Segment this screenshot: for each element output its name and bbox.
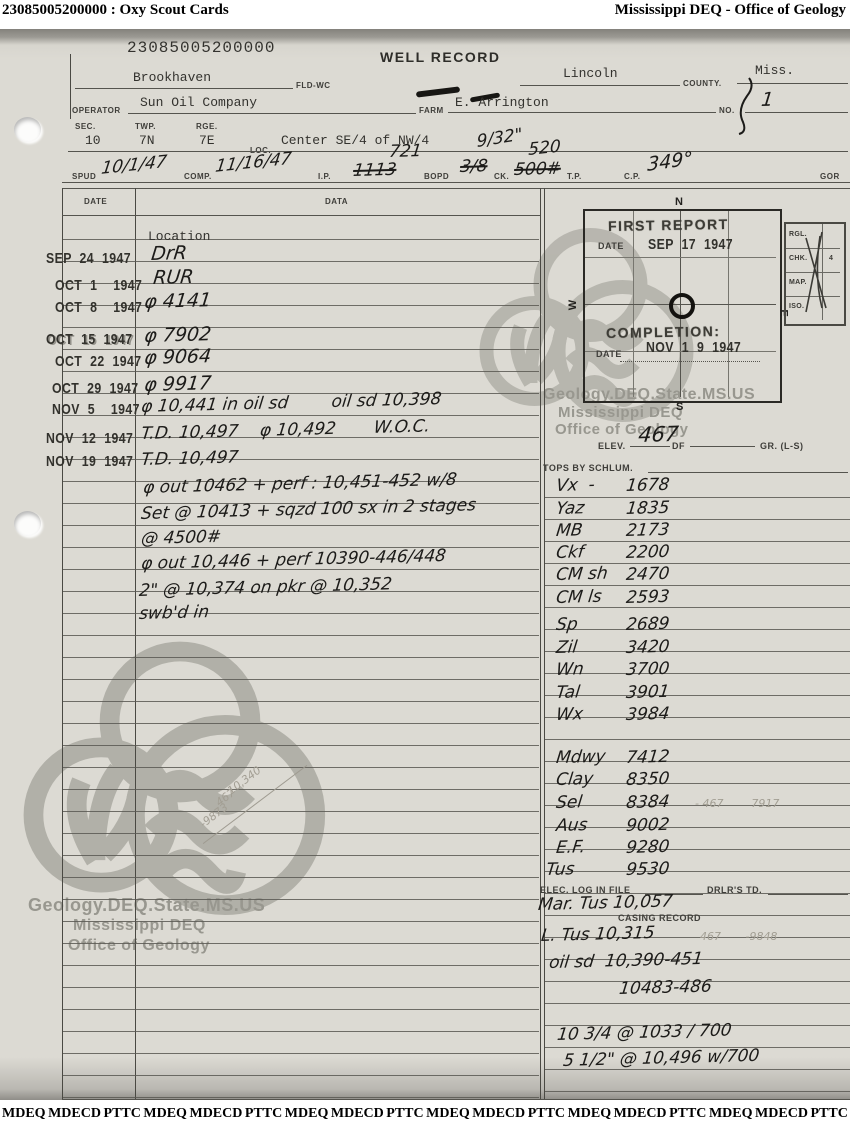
- oil-sand-entry-2: 10483-486: [618, 977, 713, 999]
- footer-token: PTTC: [669, 1106, 706, 1122]
- top-name: Sel: [555, 792, 583, 813]
- footer-token: MDEQ: [568, 1106, 612, 1122]
- footer-token: PTTC: [528, 1106, 565, 1122]
- log-date-stamp: NOV 19 1947: [46, 453, 133, 470]
- county-label: COUNTY.: [683, 79, 722, 88]
- loc-underline: [68, 151, 848, 152]
- top-name: Yaz: [555, 498, 585, 519]
- spud-row-underline-1: [62, 182, 850, 183]
- operator-underline: [128, 113, 416, 114]
- footer-token: PTTC: [810, 1106, 847, 1122]
- well-no-flourish: [733, 74, 755, 136]
- drlrs-td-label: DRLR'S TD.: [707, 885, 762, 895]
- field-underline: [75, 88, 293, 89]
- top-depth: 1678: [625, 475, 671, 496]
- farm-underline: [448, 112, 716, 113]
- log-header-underline: [62, 215, 540, 216]
- compass-west: W: [567, 300, 579, 310]
- hole-punch-top: [14, 117, 41, 142]
- log-entry: RUR: [152, 266, 195, 289]
- choke-value-struck: 500#: [513, 159, 562, 180]
- top-depth: 1835: [625, 498, 671, 519]
- watermark-deq-upper: Mississippi DEQ: [558, 404, 683, 421]
- log-entry: swb'd in: [138, 602, 210, 624]
- twp-value: 7N: [139, 133, 155, 148]
- top-depth: 3901: [625, 682, 671, 703]
- first-report-stamp: FIRST REPORT: [608, 216, 729, 234]
- gor-label: GOR: [820, 172, 840, 181]
- well-id: 23085005200000: [127, 39, 275, 57]
- ruled-lines-main: [63, 218, 539, 1098]
- top-name: Vx -: [555, 475, 596, 496]
- footer-token: MDECD: [614, 1106, 667, 1122]
- tp-label: T.P.: [567, 172, 582, 181]
- top-depth: 3420: [625, 637, 671, 658]
- log-entry: @ 4500#: [140, 527, 222, 549]
- log-date-stamp: OCT 15 1947: [46, 331, 133, 348]
- rge-value: 7E: [199, 133, 215, 148]
- footer-token: MDEQ: [285, 1106, 329, 1122]
- field-label: FLD-WC: [296, 81, 331, 90]
- spud-row-underline-2: [62, 188, 850, 189]
- footer-token: MDECD: [189, 1106, 242, 1122]
- ip-value-struck: 1113: [352, 160, 398, 181]
- footer-token: MDECD: [755, 1106, 808, 1122]
- well-location-marker: [669, 293, 695, 319]
- log-data-header: DATA: [325, 197, 348, 206]
- elev-gr-underline: [690, 446, 755, 447]
- sec-label: SEC.: [75, 122, 96, 131]
- footer-token: PTTC: [104, 1106, 141, 1122]
- oil-sand-entry: oil sd 10,390-451: [548, 949, 704, 973]
- rge-label: RGE.: [196, 122, 218, 131]
- elev-label: ELEV.: [598, 441, 626, 451]
- county-value: Lincoln: [563, 66, 618, 81]
- farm-value: E. Arrington: [455, 95, 549, 110]
- log-date-stamp: NOV 5 1947: [52, 401, 140, 418]
- field-value: Brookhaven: [133, 70, 211, 85]
- log-entry: DrR: [150, 242, 188, 265]
- top-depth: 2689: [625, 614, 671, 635]
- sec-value: 10: [85, 133, 101, 148]
- top-name: E.F.: [555, 837, 586, 858]
- tops-title: TOPS BY SCHLUM.: [543, 463, 633, 473]
- top-name: CM sh: [555, 564, 609, 585]
- choke-label: CK.: [494, 172, 509, 181]
- top-depth: 3700: [625, 659, 671, 680]
- log-date-stamp: NOV 12 1947: [46, 430, 133, 447]
- log-entry: φ 7902: [143, 323, 212, 347]
- log-date-stamp: OCT 8 1947: [55, 299, 142, 316]
- spud-value: 10/1/47: [100, 152, 168, 179]
- top-pencil-note: - 467 7917: [695, 797, 779, 810]
- top-depth: 9002: [625, 815, 671, 836]
- top-depth: 2593: [625, 587, 671, 608]
- footer-token: MDECD: [331, 1106, 384, 1122]
- checklist-scribble: [792, 228, 840, 320]
- footer-token: MDEQ: [2, 1106, 46, 1122]
- first-report-date-label: DATE: [598, 241, 624, 251]
- log-date-stamp: OCT 1 1947: [55, 277, 142, 294]
- footer-token-row: MDEQ MDECD PTTC MDEQ MDECD PTTC MDEQ MDE…: [2, 1106, 848, 1122]
- footer-token: PTTC: [245, 1106, 282, 1122]
- completion-date-dotted-line: [620, 361, 760, 362]
- top-depth: 3984: [625, 704, 671, 725]
- top-name: Tal: [555, 682, 581, 703]
- log-date-header: DATE: [84, 197, 107, 206]
- top-name: Zil: [555, 637, 578, 658]
- scanned-well-record-card: Geology.DEQ.State.MS.US Mississippi DEQ …: [0, 29, 850, 1100]
- top-depth: 8350: [625, 769, 671, 790]
- footer-token: MDECD: [48, 1106, 101, 1122]
- twp-label: TWP.: [135, 122, 156, 131]
- hole-punch-middle: [14, 511, 41, 536]
- top-depth: 2470: [625, 564, 671, 585]
- farm-label: FARM: [419, 106, 444, 115]
- log-entry: φ 4141: [143, 289, 212, 313]
- log-date-stamp: OCT 22 1947: [55, 353, 142, 370]
- well-no-underline: [745, 112, 848, 113]
- cp-label: C.P.: [624, 172, 641, 181]
- checklist-stamp-box: RGL. CHK. MAP. ISO. 4: [784, 222, 846, 326]
- top-name: Wx: [555, 704, 584, 725]
- top-name: Sp: [555, 614, 579, 635]
- top-depth: 2200: [625, 542, 671, 563]
- lower-tus-entry: L. Tus 10,315: [540, 923, 656, 946]
- footer-token: PTTC: [386, 1106, 423, 1122]
- first-report-date-stamp: SEP 17 1947: [648, 236, 733, 253]
- ip-label: I.P.: [318, 172, 331, 181]
- drlrs-td-underline: [768, 894, 848, 895]
- log-date-stamp: SEP 24 1947: [46, 250, 131, 267]
- marine-tus-entry: Mar. Tus 10,057: [537, 891, 674, 915]
- comp-value: 11/16/47: [214, 149, 293, 177]
- compass-south: S: [676, 401, 683, 413]
- top-name: CM ls: [555, 587, 603, 608]
- header-right-title: Mississippi DEQ - Office of Geology: [615, 2, 846, 19]
- pressure-correction: 520: [528, 136, 561, 160]
- operator-label: OPERATOR: [72, 106, 121, 115]
- comp-label: COMP.: [184, 172, 212, 181]
- page-header-band: 23085005200000 : Oxy Scout Cards Mississ…: [0, 0, 850, 29]
- footer-token: MDEQ: [143, 1106, 187, 1122]
- operator-value: Sun Oil Company: [140, 95, 257, 110]
- plat-grid-h1: [585, 257, 776, 258]
- state-value: Miss.: [755, 63, 794, 78]
- top-name: MB: [555, 520, 584, 541]
- footer-token: MDECD: [472, 1106, 525, 1122]
- top-name: Wn: [555, 659, 585, 680]
- header-left-title: 23085005200000 : Oxy Scout Cards: [2, 2, 229, 19]
- choke-correction: 9/32": [477, 125, 523, 152]
- top-depth: 2173: [625, 520, 671, 541]
- county-underline: [520, 85, 680, 86]
- top-name: Mdwy: [555, 747, 607, 768]
- spud-label: SPUD: [72, 172, 96, 181]
- bopd-label: BOPD: [424, 172, 449, 181]
- log-date-stamp: OCT 29 1947: [52, 380, 139, 397]
- log-entry: φ 9064: [143, 345, 212, 369]
- compass-north: N: [675, 196, 683, 208]
- top-depth: 7412: [625, 747, 671, 768]
- footer-token: MDEQ: [426, 1106, 470, 1122]
- top-name: Clay: [555, 769, 594, 790]
- footer-token: MDEQ: [709, 1106, 753, 1122]
- top-depth: 9530: [625, 859, 671, 880]
- card-left-border-top: [70, 54, 71, 119]
- elev-underline: [630, 446, 670, 447]
- table-divider-data-right-1: [540, 188, 541, 1100]
- lower-tus-pencil: 467 -9848: [700, 930, 777, 943]
- top-name: Ckf: [555, 542, 585, 563]
- completion-date-stamp: NOV 1 9 1947: [646, 339, 741, 356]
- card-title: WELL RECORD: [380, 49, 500, 65]
- log-entry: φ 9917: [143, 372, 212, 396]
- well-no-value: 1: [760, 89, 775, 111]
- log-entry: T.D. 10,497: [140, 447, 239, 470]
- elev-df-label: DF: [672, 441, 685, 451]
- top-name: Tus: [545, 859, 576, 880]
- top-depth: 9280: [625, 837, 671, 858]
- bopd-value-struck: 3/8: [459, 156, 489, 177]
- casing-record-label: CASING RECORD: [618, 913, 701, 923]
- top-depth: 8384: [625, 792, 671, 813]
- completion-date-label: DATE: [596, 349, 622, 359]
- ink-mark-1: [416, 86, 460, 97]
- top-name: Aus: [555, 815, 589, 836]
- elev-gr-label: GR. (L-S): [760, 441, 804, 451]
- ip-correction: 721: [388, 141, 423, 162]
- tops-title-underline: [648, 472, 848, 473]
